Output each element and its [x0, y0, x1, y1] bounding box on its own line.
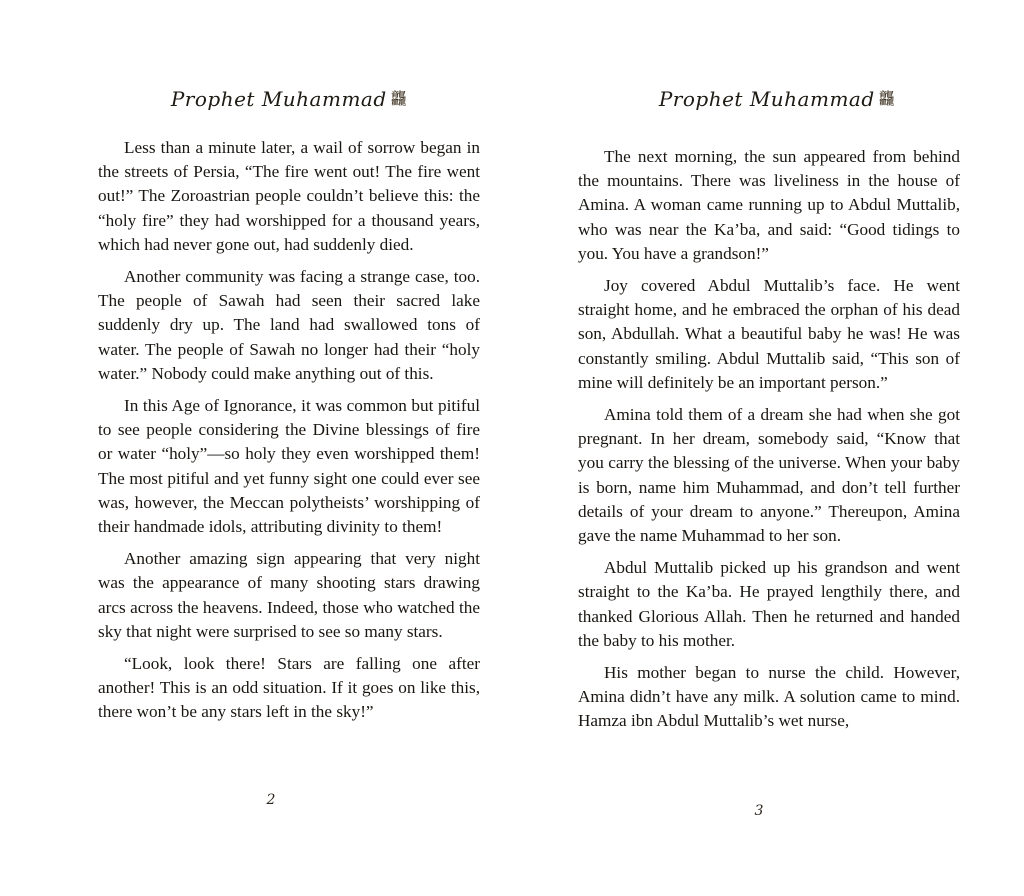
- right-page: Prophet Muhammad龘 The next morning, the …: [578, 0, 960, 896]
- paragraph: Less than a minute later, a wail of sorr…: [98, 136, 480, 257]
- paragraph: Abdul Muttalib picked up his grandson an…: [578, 556, 960, 653]
- paragraph: The next morning, the sun appeared from …: [578, 145, 960, 266]
- body-text-right: The next morning, the sun appeared from …: [578, 145, 960, 742]
- running-head-left: Prophet Muhammad龘: [98, 86, 480, 111]
- paragraph: “Look, look there! Stars are falling one…: [98, 652, 480, 725]
- paragraph: Another amazing sign appearing that very…: [98, 547, 480, 644]
- running-head-title: Prophet Muhammad: [171, 87, 387, 111]
- page-number-right: 3: [568, 803, 950, 819]
- page-number-left: 2: [80, 792, 462, 808]
- paragraph: Another community was facing a strange c…: [98, 265, 480, 386]
- paragraph: His mother began to nurse the child. How…: [578, 661, 960, 734]
- paragraph: Joy covered Abdul Muttalib’s face. He we…: [578, 274, 960, 395]
- paragraph: In this Age of Ignorance, it was common …: [98, 394, 480, 539]
- calligraphic-seal-icon: 龘: [879, 86, 896, 109]
- paragraph: Amina told them of a dream she had when …: [578, 403, 960, 548]
- book-spread: Prophet Muhammad龘 Less than a minute lat…: [0, 0, 1024, 896]
- left-page: Prophet Muhammad龘 Less than a minute lat…: [98, 0, 480, 896]
- running-head-title: Prophet Muhammad: [659, 87, 875, 111]
- running-head-right: Prophet Muhammad龘: [586, 86, 968, 111]
- body-text-left: Less than a minute later, a wail of sorr…: [98, 136, 480, 733]
- calligraphic-seal-icon: 龘: [391, 86, 408, 109]
